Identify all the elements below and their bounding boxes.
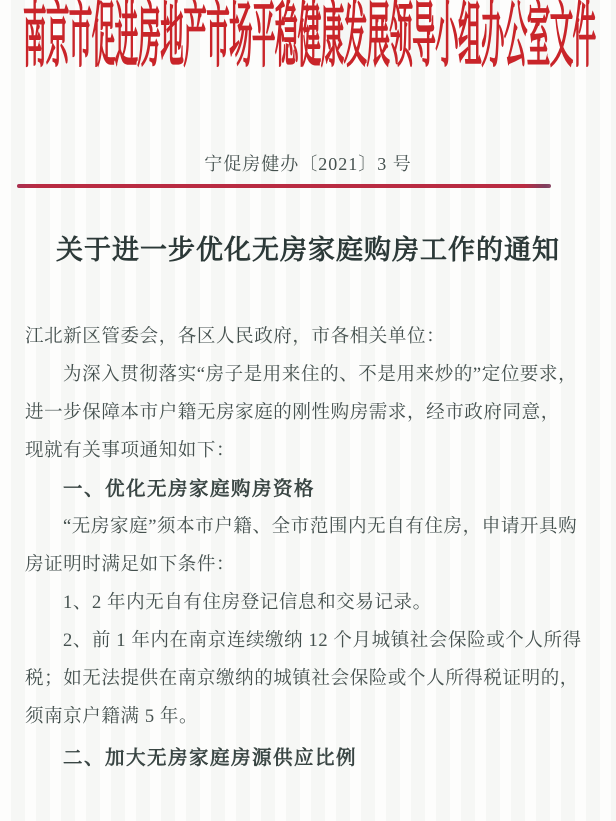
body-line: 须南京户籍满 5 年。 [25, 698, 592, 736]
section-heading-2: 二、加大无房家庭房源供应比例 [25, 739, 592, 777]
salutation-line: 江北新区管委会，各区人民政府，市各相关单位： [25, 318, 592, 356]
body-line: “无房家庭”须本市户籍、全市范围内无自有住房，申请开具购 [25, 508, 592, 546]
body-line: 为深入贯彻落实“房子是用来住的、不是用来炒的”定位要求， [25, 356, 592, 394]
document-title: 关于进一步优化无房家庭购房工作的通知 [0, 228, 616, 267]
section-heading-1: 一、优化无房家庭购房资格 [25, 470, 592, 508]
document-body: 江北新区管委会，各区人民政府，市各相关单位： 为深入贯彻落实“房子是用来住的、不… [25, 318, 592, 777]
red-masthead-banner: 南京市促进房地产市场平稳健康发展领导小组办公室文件 [23, 2, 595, 80]
issuing-office-title: 南京市促进房地产市场平稳健康发展领导小组办公室文件 [23, 2, 595, 75]
body-line: 税；如无法提供在南京缴纳的城镇社会保险或个人所得税证明的， [25, 660, 592, 698]
body-line: 进一步保障本市户籍无房家庭的刚性购房需求，经市政府同意， [25, 394, 592, 432]
red-divider-rule [17, 184, 551, 188]
condition-item-2: 2、前 1 年内在南京连续缴纳 12 个月城镇社会保险或个人所得 [25, 622, 592, 660]
body-line: 现就有关事项通知如下： [25, 432, 592, 470]
scanned-official-document: 南京市促进房地产市场平稳健康发展领导小组办公室文件 宁促房健办〔2021〕3 号… [0, 0, 616, 821]
body-line: 房证明时满足如下条件： [25, 546, 592, 584]
document-number: 宁促房健办〔2021〕3 号 [0, 150, 616, 176]
condition-item-1: 1、2 年内无自有住房登记信息和交易记录。 [25, 584, 592, 622]
